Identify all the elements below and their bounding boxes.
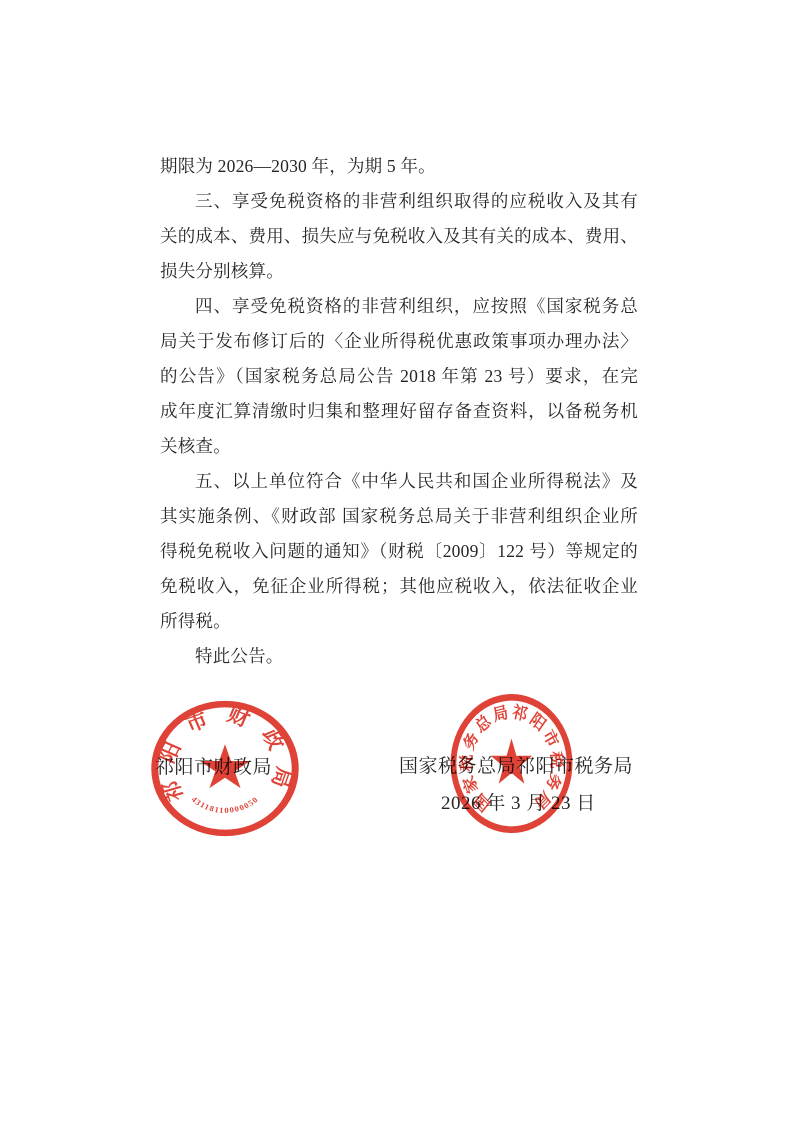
body-line: 成年度汇算清缴时归集和整理好留存备查资料，以备税务机: [160, 394, 638, 429]
body-line: 损失分别核算。: [160, 254, 638, 289]
body-line: 期限为 2026—2030 年，为期 5 年。: [160, 149, 638, 184]
star-icon: [200, 744, 250, 788]
body-line: 四、享受免税资格的非营利组织，应按照《国家税务总: [160, 289, 638, 324]
body-line: 的公告》（国家税务总局公告 2018 年第 23 号）要求，在完: [160, 359, 638, 394]
body-line: 免税收入，免征企业所得税；其他应税收入，依法征收企业: [160, 569, 638, 604]
closing-line: 特此公告。: [160, 639, 638, 674]
body-line: 得税免税收入问题的通知》（财税〔2009〕122 号）等规定的: [160, 534, 638, 569]
body-line: 关的成本、费用、损失应与免税收入及其有关的成本、费用、: [160, 219, 638, 254]
document-page: 期限为 2026—2030 年，为期 5 年。 三、享受免税资格的非营利组织取得…: [0, 0, 793, 1122]
tax-bureau-seal: 国家税务总局祁阳市税务局: [447, 690, 576, 837]
body-line: 关核查。: [160, 429, 638, 464]
finance-bureau-seal: 祁阳市财政局 43118110000050: [147, 697, 303, 840]
body-line: 其实施条例、《财政部 国家税务总局关于非营利组织企业所: [160, 499, 638, 534]
body-line: 所得税。: [160, 604, 638, 639]
star-icon: [491, 739, 533, 784]
body-line: 五、以上单位符合《中华人民共和国企业所得税法》及: [160, 464, 638, 499]
body-line: 三、享受免税资格的非营利组织取得的应税收入及其有: [160, 184, 638, 219]
notice-body: 期限为 2026—2030 年，为期 5 年。 三、享受免税资格的非营利组织取得…: [160, 149, 638, 674]
seal-serial: 43118110000050: [189, 795, 260, 815]
body-line: 局关于发布修订后的〈企业所得税优惠政策事项办理办法〉: [160, 324, 638, 359]
